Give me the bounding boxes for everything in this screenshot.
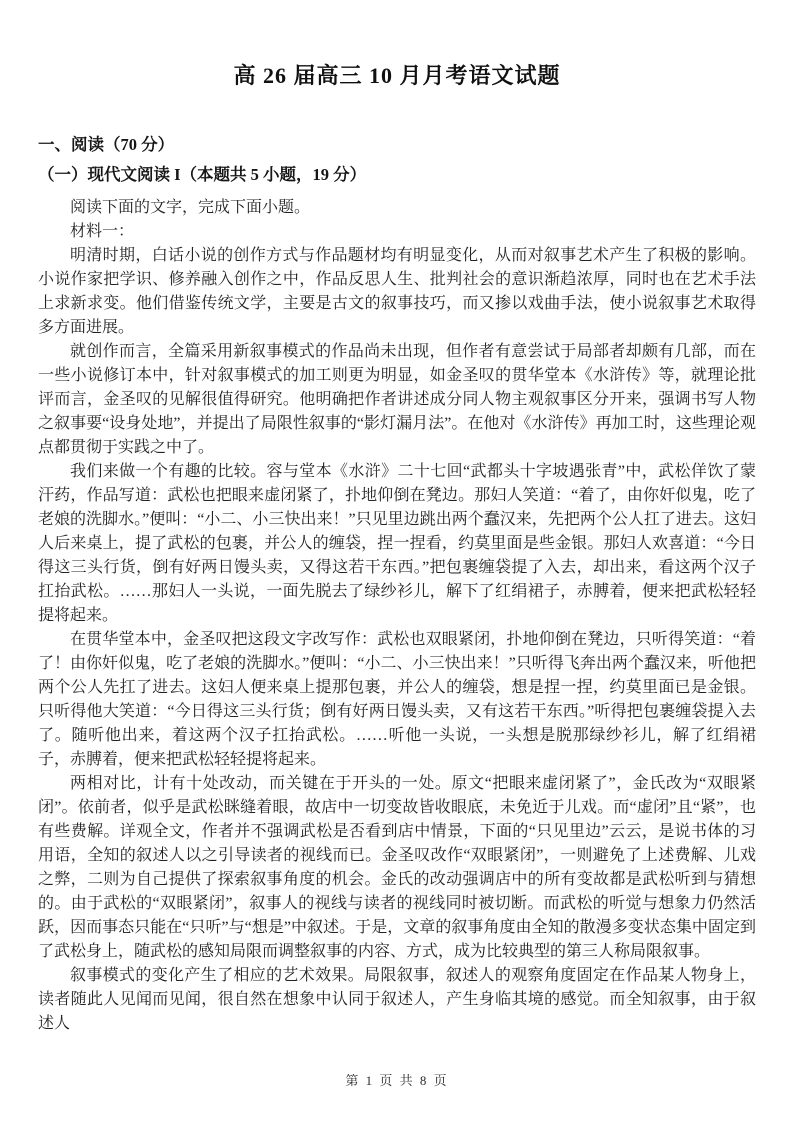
material-paragraph: 叙事模式的变化产生了相应的艺术效果。局限叙事，叙述人的观察角度固定在作品某人物身… bbox=[38, 964, 756, 1036]
page-title: 高 26 届高三 10 月月考语文试题 bbox=[38, 60, 756, 92]
section-reading-heading: 一、阅读（70 分） bbox=[38, 130, 756, 160]
page-number: 第 1 页 共 8 页 bbox=[0, 1070, 794, 1089]
instruction-line: 阅读下面的文字，完成下面小题。 bbox=[38, 196, 756, 220]
material-paragraph: 两相对比，计有十处改动，而关键在于开头的一处。原文“把眼来虚闭紧了”，金氏改为“… bbox=[38, 772, 756, 964]
material-label: 材料一： bbox=[38, 220, 756, 244]
subsection-modern-reading-heading: （一）现代文阅读 I（本题共 5 小题，19 分） bbox=[38, 160, 756, 190]
material-paragraph: 我们来做一个有趣的比较。容与堂本《水浒》二十七回“武都头十字坡遇张青”中，武松佯… bbox=[38, 460, 756, 628]
exam-page: 高 26 届高三 10 月月考语文试题 一、阅读（70 分） （一）现代文阅读 … bbox=[0, 0, 794, 1123]
material-paragraph: 就创作而言，全篇采用新叙事模式的作品尚未出现，但作者有意尝试于局部者却颇有几部，… bbox=[38, 340, 756, 460]
material-paragraph: 在贯华堂本中，金圣叹把这段文字改写作：武松也双眼紧闭，扑地仰倒在凳边，只听得笑道… bbox=[38, 628, 756, 772]
material-paragraphs: 明清时期，白话小说的创作方式与作品题材均有明显变化，从而对叙事艺术产生了积极的影… bbox=[38, 244, 756, 1036]
material-paragraph: 明清时期，白话小说的创作方式与作品题材均有明显变化，从而对叙事艺术产生了积极的影… bbox=[38, 244, 756, 340]
